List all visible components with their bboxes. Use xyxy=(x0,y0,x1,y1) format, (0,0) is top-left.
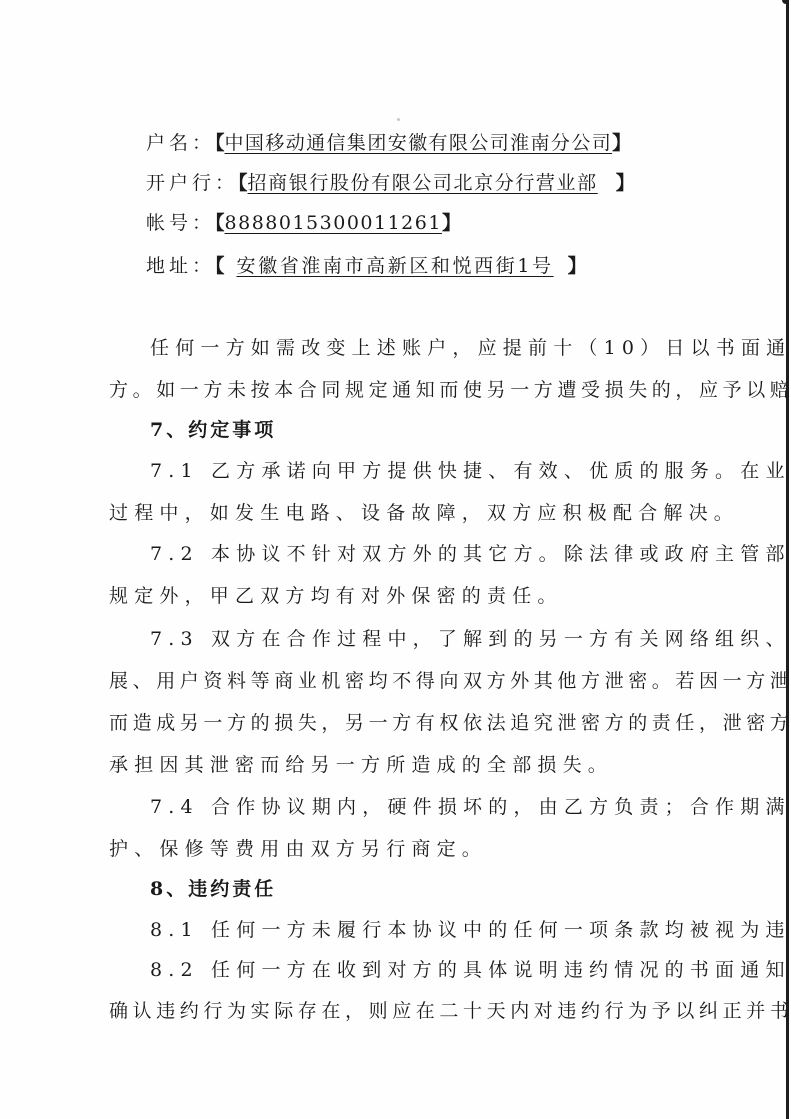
scan-speck xyxy=(397,118,400,121)
item-7-4-line-1: 7.4 合作协议期内，硬件损坏的，由乙方负责；合作期满后，维 xyxy=(150,795,791,819)
change-notice-line-1: 任何一方如需改变上述账户，应提前十（10）日以书面通知另一 xyxy=(150,336,791,360)
bracket-open: 【 xyxy=(215,132,225,154)
account-name-label: 户名： xyxy=(146,132,215,154)
item-7-2-line-1: 7.2 本协议不针对双方外的其它方。除法律或政府主管部门另有 xyxy=(150,542,791,566)
bank-row: 开户行：【招商银行股份有限公司北京分行营业部】 xyxy=(146,171,635,195)
account-name-value: 中国移动通信集团安徽有限公司淮南分公司 xyxy=(225,132,613,154)
account-number-row: 帐号：【8888015300011261】 xyxy=(146,211,461,235)
item-7-1-line-2: 过程中，如发生电路、设备故障，双方应积极配合解决。 xyxy=(109,501,739,525)
bank-value: 招商银行股份有限公司北京分行营业部 xyxy=(248,172,616,194)
change-notice-line-2: 方。如一方未按本合同规定通知而使另一方遭受损失的，应予以赔偿。 xyxy=(109,378,791,402)
bracket-open: 【 xyxy=(215,255,237,277)
item-7-3-line-1: 7.3 双方在合作过程中，了解到的另一方有关网络组织、业务开 xyxy=(150,627,791,651)
bank-label: 开户行： xyxy=(146,172,238,194)
account-number-label: 帐号： xyxy=(146,212,215,234)
bracket-close: 】 xyxy=(612,132,631,154)
section-7-heading: 7、约定事项 xyxy=(150,418,276,442)
bracket-open: 【 xyxy=(238,172,248,194)
bracket-open: 【 xyxy=(215,212,225,234)
item-8-2-line-2: 确认违约行为实际存在，则应在二十天内对违约行为予以纠正并书面 xyxy=(109,999,791,1023)
address-row: 地址：【安徽省淮南市高新区和悦西街1号】 xyxy=(146,254,587,278)
item-8-1-line-1: 8.1 任何一方未履行本协议中的任何一项条款均被视为违约。 xyxy=(150,918,791,942)
address-value: 安徽省淮南市高新区和悦西街1号 xyxy=(237,255,568,277)
item-7-3-line-3: 而造成另一方的损失，另一方有权依法追究泄密方的责任，泄密方应 xyxy=(109,711,791,735)
bracket-close: 】 xyxy=(442,212,461,234)
item-7-3-line-4: 承担因其泄密而给另一方所造成的全部损失。 xyxy=(109,753,613,777)
item-7-1-line-1: 7.1 乙方承诺向甲方提供快捷、有效、优质的服务。在业务运行 xyxy=(150,459,791,483)
bracket-close: 】 xyxy=(616,172,635,194)
address-label: 地址： xyxy=(146,255,215,277)
item-7-4-line-2: 护、保修等费用由双方另行商定。 xyxy=(109,837,487,861)
item-8-2-line-1: 8.2 任何一方在收到对方的具体说明违约情况的书面通知后，如 xyxy=(150,958,791,982)
item-7-3-line-2: 展、用户资料等商业机密均不得向双方外其他方泄密。若因一方泄密 xyxy=(109,669,791,693)
item-7-2-line-2: 规定外，甲乙双方均有对外保密的责任。 xyxy=(109,584,563,608)
scan-edge-corner xyxy=(782,0,788,4)
section-8-heading: 8、违约责任 xyxy=(150,877,276,901)
scanned-document-page: 户名：【中国移动通信集团安徽有限公司淮南分公司】 开户行：【招商银行股份有限公司… xyxy=(0,0,791,1119)
account-name-row: 户名：【中国移动通信集团安徽有限公司淮南分公司】 xyxy=(146,131,631,155)
account-number-value: 8888015300011261 xyxy=(225,212,442,234)
bracket-close: 】 xyxy=(568,255,587,277)
